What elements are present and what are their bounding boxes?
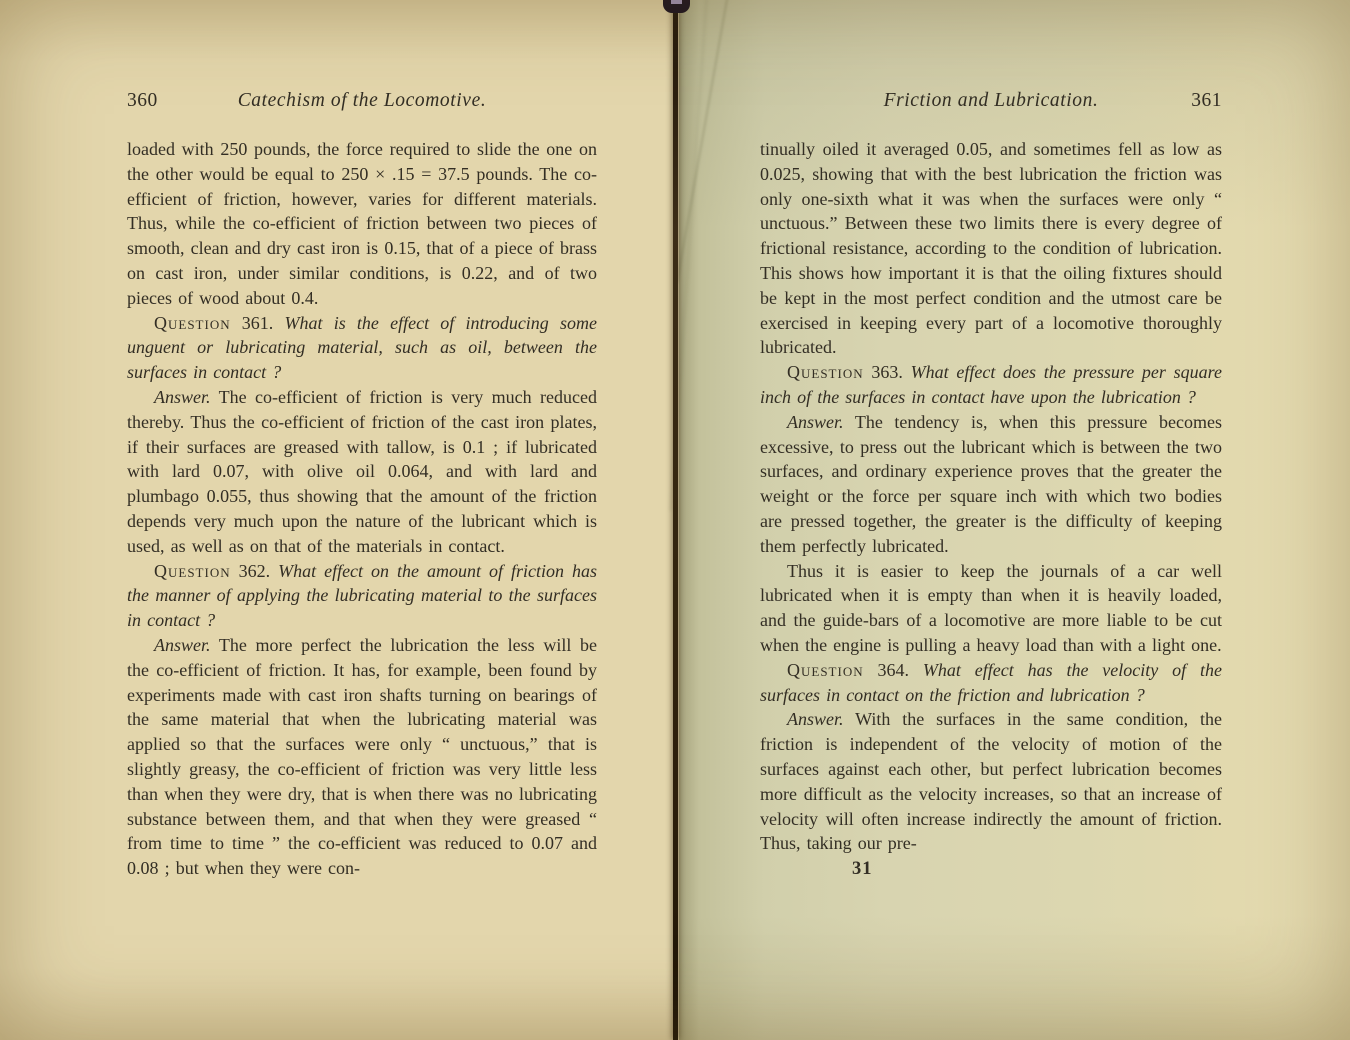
answer-text: The co-efficient of friction is very muc… bbox=[127, 387, 597, 556]
answer-paragraph: Answer. With the surfaces in the same co… bbox=[760, 707, 1222, 856]
right-page-header: Friction and Lubrication. 361 bbox=[760, 88, 1222, 114]
question-number: 363. bbox=[864, 362, 911, 382]
answer-label: Answer. bbox=[154, 387, 211, 407]
question-number: 364. bbox=[864, 660, 923, 680]
left-page: 360 Catechism of the Locomotive. loaded … bbox=[127, 88, 597, 881]
left-page-header: 360 Catechism of the Locomotive. bbox=[127, 88, 597, 114]
answer-label: Answer. bbox=[787, 412, 844, 432]
signature-mark: 31 bbox=[760, 857, 1222, 882]
answer-text: The more perfect the lubrication the les… bbox=[127, 635, 597, 878]
page-number: 360 bbox=[127, 88, 199, 114]
answer-text: The tendency is, when this pressure beco… bbox=[760, 412, 1222, 556]
paragraph: Thus it is easier to keep the journals o… bbox=[760, 559, 1222, 658]
right-page: Friction and Lubrication. 361 tinually o… bbox=[760, 88, 1222, 882]
right-page-text: tinually oiled it averaged 0.05, and som… bbox=[760, 137, 1222, 882]
answer-paragraph: Answer. The co-efficient of friction is … bbox=[127, 385, 597, 559]
question-label: Question bbox=[787, 660, 864, 680]
answer-text: With the surfaces in the same condition,… bbox=[760, 709, 1222, 853]
question-label: Question bbox=[154, 313, 231, 333]
question-label: Question bbox=[787, 362, 864, 382]
running-title: Friction and Lubrication. bbox=[832, 88, 1150, 114]
question-number: 362. bbox=[231, 561, 278, 581]
running-title: Catechism of the Locomotive. bbox=[199, 88, 525, 114]
question-paragraph: Question 361. What is the effect of intr… bbox=[127, 311, 597, 385]
question-paragraph: Question 364. What effect has the veloci… bbox=[760, 658, 1222, 708]
book-spread: 360 Catechism of the Locomotive. loaded … bbox=[0, 0, 1350, 1040]
paragraph-text: loaded with 250 pounds, the force requir… bbox=[127, 139, 597, 308]
answer-label: Answer. bbox=[787, 709, 844, 729]
answer-label: Answer. bbox=[154, 635, 211, 655]
answer-paragraph: Answer. The tendency is, when this press… bbox=[760, 410, 1222, 559]
book-gutter bbox=[673, 0, 678, 1040]
paragraph: tinually oiled it averaged 0.05, and som… bbox=[760, 137, 1222, 360]
answer-paragraph: Answer. The more perfect the lubrication… bbox=[127, 633, 597, 881]
paragraph-text: tinually oiled it averaged 0.05, and som… bbox=[760, 139, 1222, 357]
question-paragraph: Question 362. What effect on the amount … bbox=[127, 559, 597, 633]
paragraph-text: Thus it is easier to keep the journals o… bbox=[760, 561, 1222, 655]
question-paragraph: Question 363. What effect does the press… bbox=[760, 360, 1222, 410]
page-number: 361 bbox=[1150, 88, 1222, 114]
question-label: Question bbox=[154, 561, 231, 581]
headband-tip bbox=[671, 0, 682, 4]
paragraph: loaded with 250 pounds, the force requir… bbox=[127, 137, 597, 311]
left-page-text: loaded with 250 pounds, the force requir… bbox=[127, 137, 597, 881]
question-number: 361. bbox=[231, 313, 285, 333]
